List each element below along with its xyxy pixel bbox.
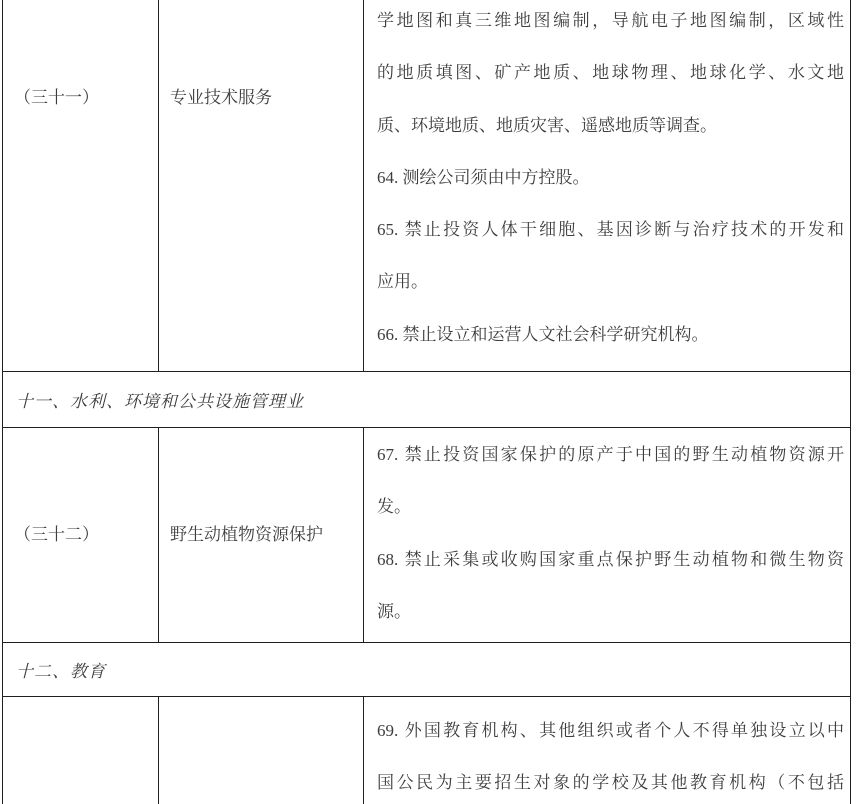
detail-paragraphs: 学地图和真三维地图编制，导航电子地图编制，区域性 的地质填图、矿产地质、地球物理… [377,0,844,361]
detail-line: 质、环境地质、地质灾害、遥感地质等调查。 [377,100,844,152]
detail-line: 68. 禁止采集或收购国家重点保护野生动植物和微生物资 [377,534,844,586]
section-header-row-12: 十二、教育 [3,643,850,697]
category-label: 野生动植物资源保护 [170,523,323,547]
detail-line: 国公民为主要招生对象的学校及其他教育机构（不包括 [377,757,844,804]
detail-cell: 学地图和真三维地图编制，导航电子地图编制，区域性 的地质填图、矿产地质、地球物理… [364,0,850,371]
detail-paragraphs: 67. 禁止投资国家保护的原产于中国的野生动植物资源开 发。 68. 禁止采集或… [377,429,844,638]
detail-line: 发。 [377,481,844,533]
detail-line: 66. 禁止设立和运营人文社会科学研究机构。 [377,309,844,361]
detail-line: 的地质填图、矿产地质、地球物理、地球化学、水文地 [377,47,844,99]
row-index-cell: （三十一） [3,0,159,371]
detail-paragraphs: 69. 外国教育机构、其他组织或者个人不得单独设立以中 国公民为主要招生对象的学… [377,705,844,804]
section-header-row-11: 十一、水利、环境和公共设施管理业 [3,372,850,428]
table-row-31: （三十一） 专业技术服务 学地图和真三维地图编制，导航电子地图编制，区域性 的地… [3,0,850,372]
table-row-32: （三十二） 野生动植物资源保护 67. 禁止投资国家保护的原产于中国的野生动植物… [3,428,850,643]
category-cell: 专业技术服务 [159,0,364,371]
row-index-label: （三十一） [14,86,154,110]
detail-cell: 67. 禁止投资国家保护的原产于中国的野生动植物资源开 发。 68. 禁止采集或… [364,428,850,642]
detail-line: 应用。 [377,256,844,308]
section-header-label: 十二、教育 [3,657,106,682]
category-cell [159,697,364,804]
row-index-cell [3,697,159,804]
row-index-cell: （三十二） [3,428,159,642]
category-label: 专业技术服务 [170,86,359,110]
document-page: （三十一） 专业技术服务 学地图和真三维地图编制，导航电子地图编制，区域性 的地… [0,0,858,804]
detail-line: 学地图和真三维地图编制，导航电子地图编制，区域性 [377,0,844,47]
detail-line: 64. 测绘公司须由中方控股。 [377,152,844,204]
detail-cell: 69. 外国教育机构、其他组织或者个人不得单独设立以中 国公民为主要招生对象的学… [364,697,850,804]
negative-list-table: （三十一） 专业技术服务 学地图和真三维地图编制，导航电子地图编制，区域性 的地… [2,0,851,804]
detail-line: 69. 外国教育机构、其他组织或者个人不得单独设立以中 [377,705,844,757]
section-header-label: 十一、水利、环境和公共设施管理业 [3,387,304,412]
detail-line: 源。 [377,586,844,638]
table-row-33: 69. 外国教育机构、其他组织或者个人不得单独设立以中 国公民为主要招生对象的学… [3,697,850,804]
detail-line: 65. 禁止投资人体干细胞、基因诊断与治疗技术的开发和 [377,204,844,256]
category-cell: 野生动植物资源保护 [159,428,364,642]
row-index-label: （三十二） [14,523,99,547]
detail-line: 67. 禁止投资国家保护的原产于中国的野生动植物资源开 [377,429,844,481]
